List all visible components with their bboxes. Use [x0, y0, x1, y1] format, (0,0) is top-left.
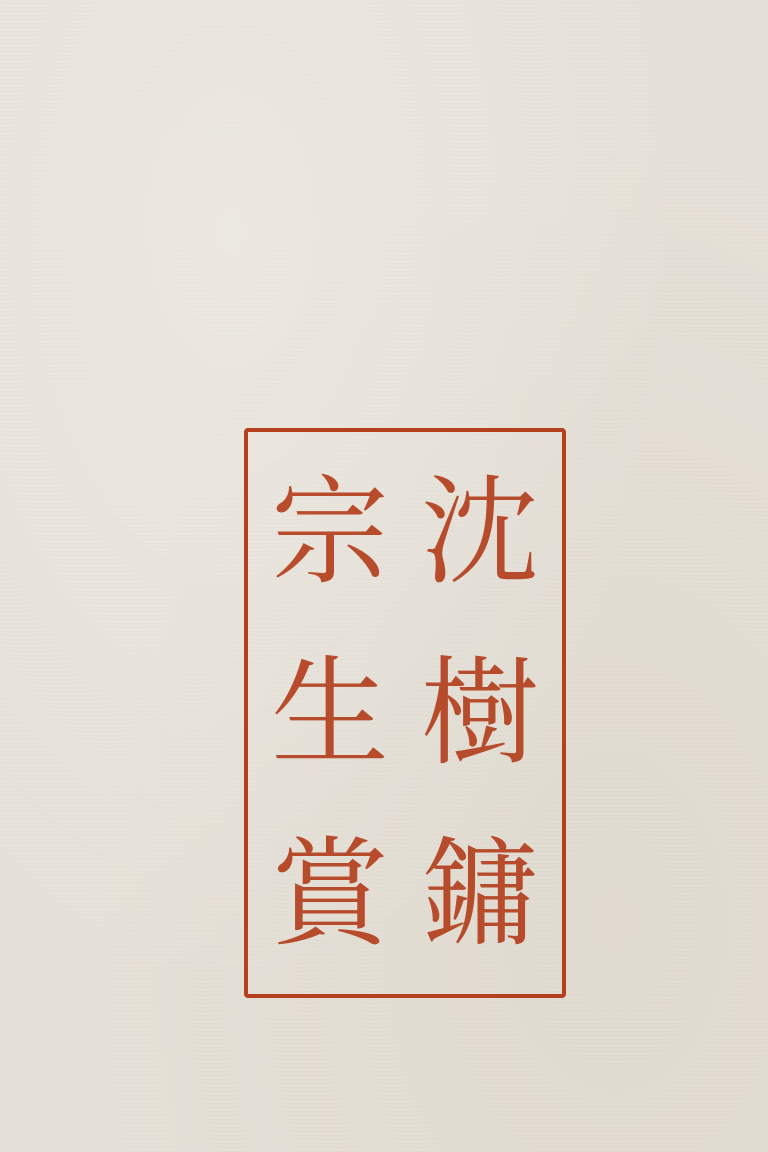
seal-character: 沈 — [421, 473, 539, 591]
seal-left-column: 宗 生 賞 — [260, 442, 400, 984]
seal-character: 宗 — [271, 473, 389, 591]
seal-character: 生 — [271, 654, 389, 772]
seal-right-column: 沈 樹 鏞 — [410, 442, 550, 984]
seal-character: 賞 — [271, 835, 389, 953]
seal-character: 樹 — [421, 654, 539, 772]
seal-impression: 沈 樹 鏞 宗 生 賞 — [244, 428, 566, 998]
seal-character: 鏞 — [421, 835, 539, 953]
